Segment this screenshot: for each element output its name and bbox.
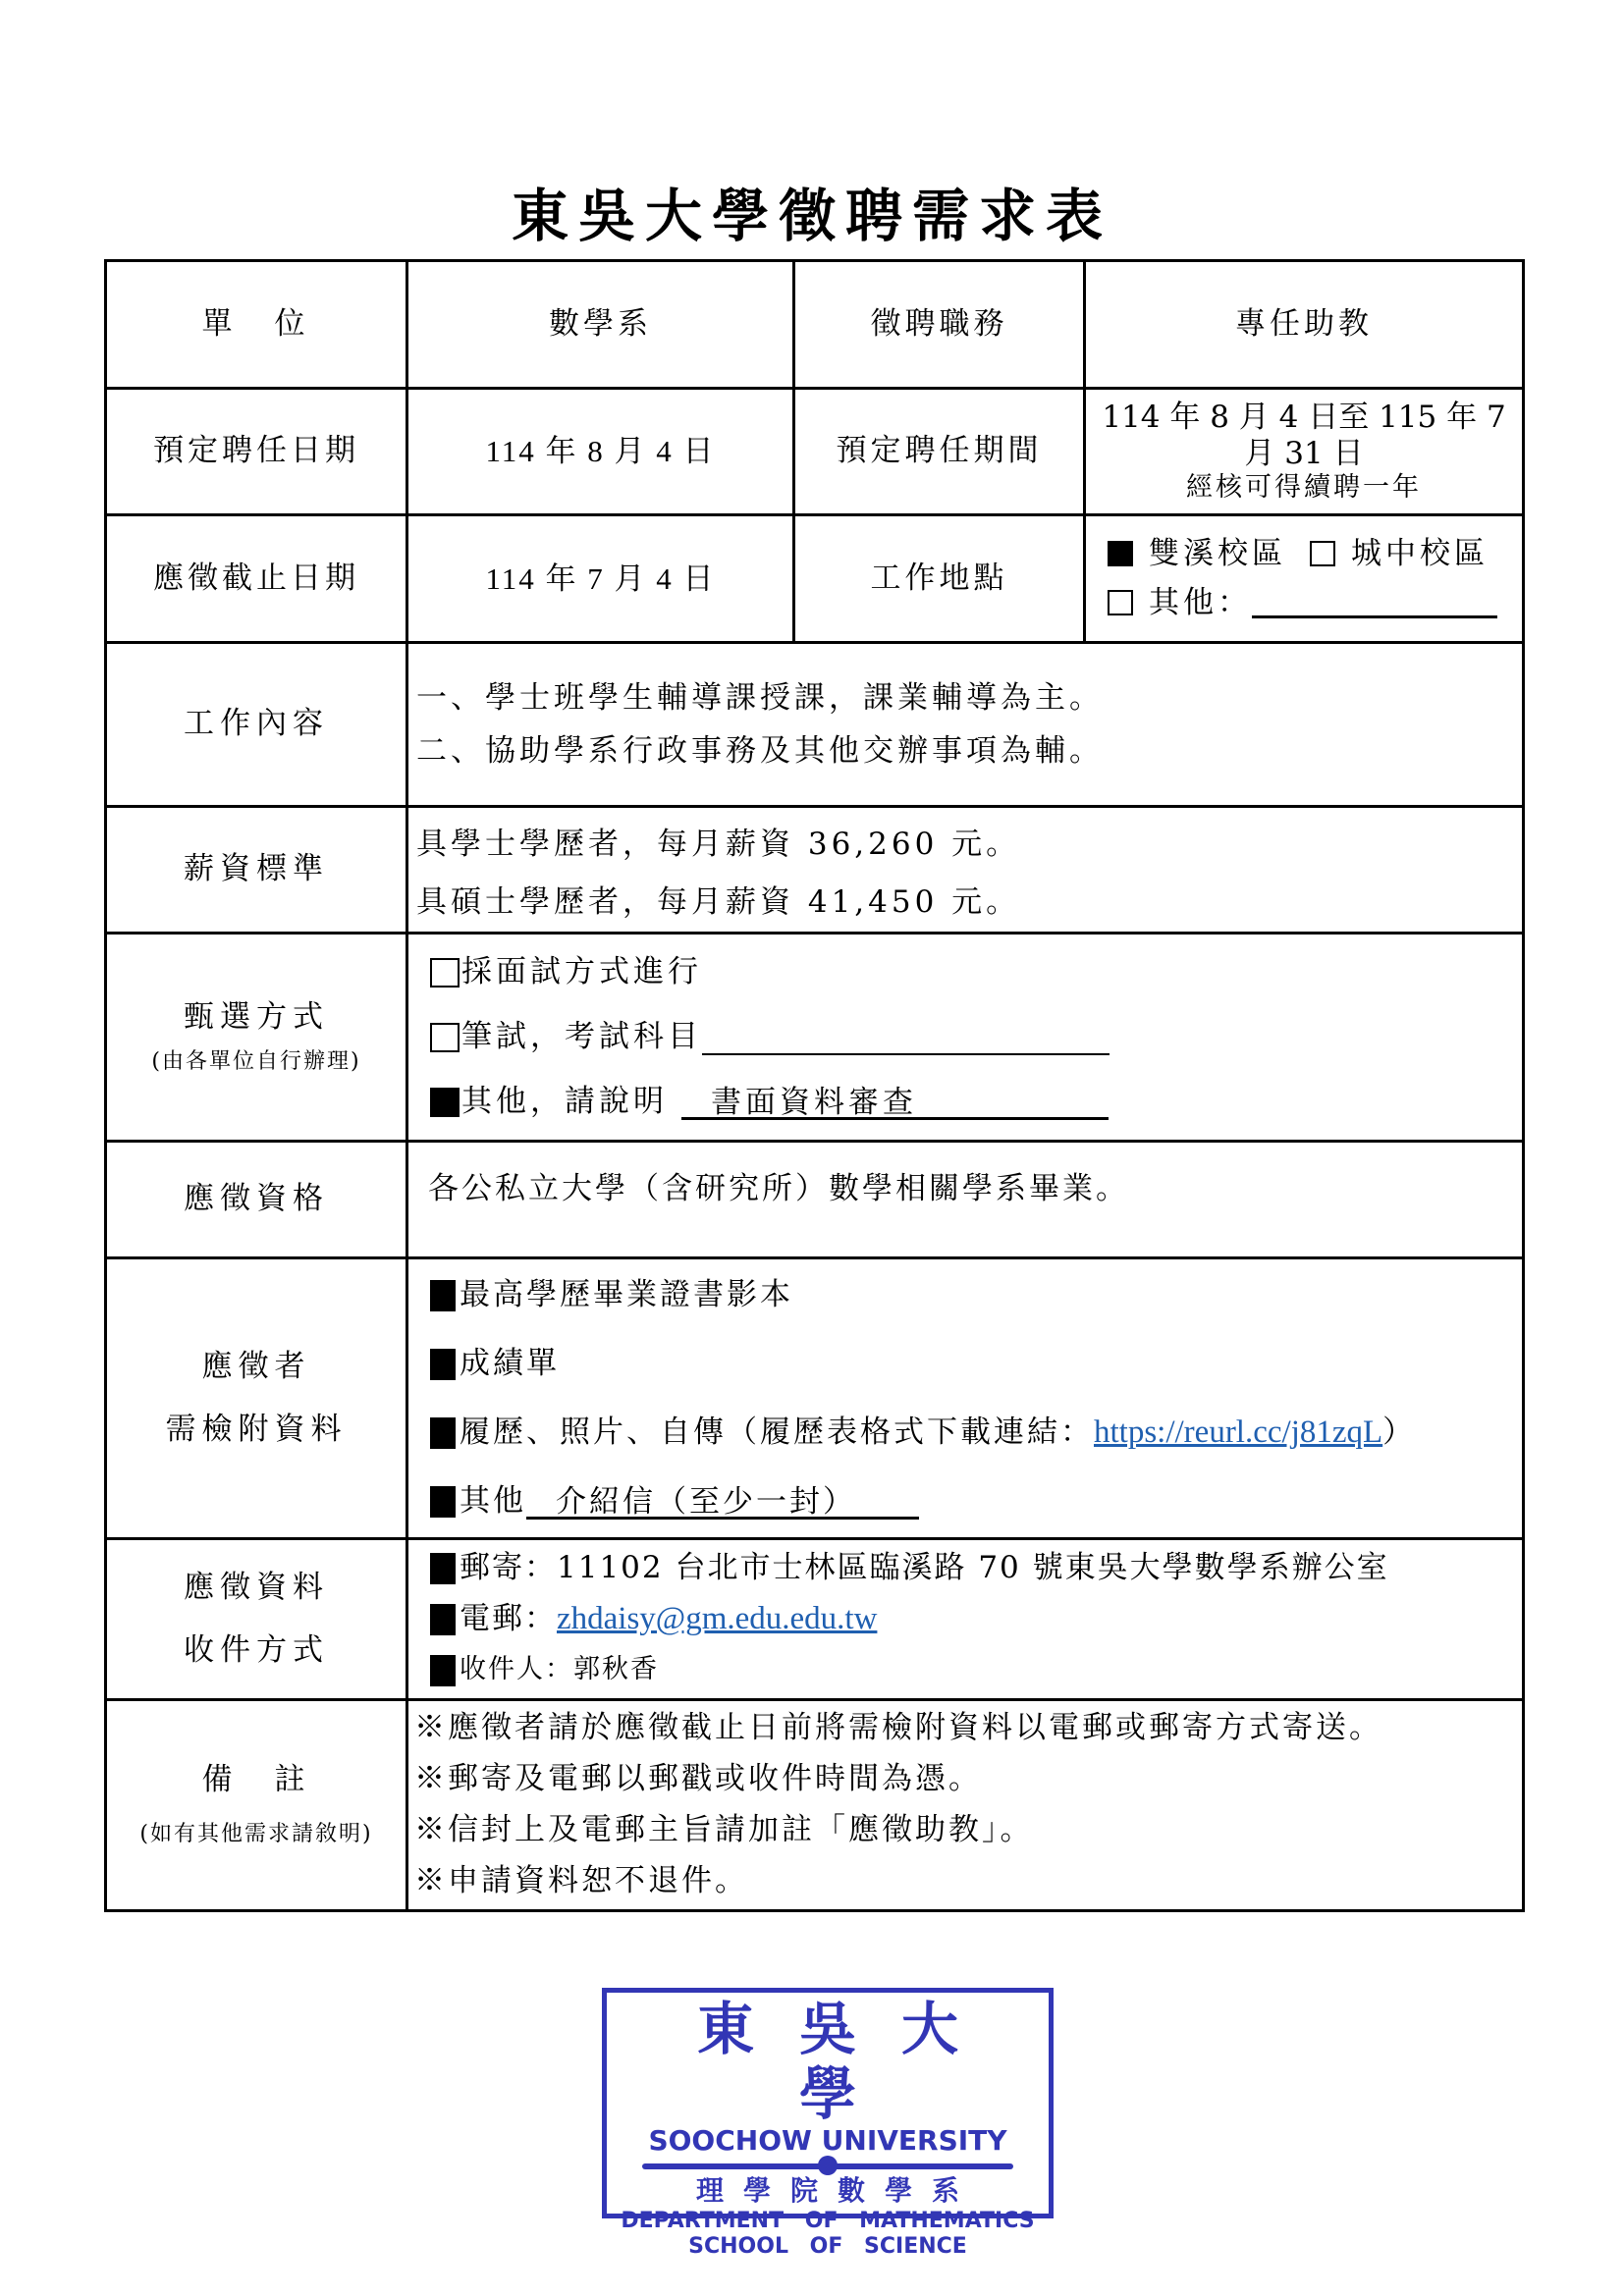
salary-line: 具學士學歷者，每月薪資 36,260 元。 <box>416 816 1522 874</box>
row-deadline: 應徵截止日期 114 年 7 月 4 日 工作地點 雙溪校區城中校區 其他： <box>106 515 1524 643</box>
checked-square-icon <box>430 1349 456 1380</box>
row-submission: 應徵資料 收件方式 郵寄：11102 台北市士林區臨溪路 70 號東吳大學數學系… <box>106 1539 1524 1700</box>
email-label: 電郵： <box>460 1601 557 1637</box>
checked-square-icon <box>430 1417 456 1449</box>
notes-label-cell: 備 註 (如有其他需求請敘明) <box>106 1700 407 1911</box>
mail-address: 郵寄：11102 台北市士林區臨溪路 70 號東吳大學數學系辦公室 <box>460 1550 1389 1586</box>
document-item-text: 成績單 <box>460 1346 560 1382</box>
checked-square-icon <box>430 1604 456 1635</box>
document-item: 履歷、照片、自傳（履歷表格式下載連結：https://reurl.cc/j81z… <box>430 1399 1522 1468</box>
stamp-cn-title: 東吳大學 <box>652 1997 1049 2126</box>
documents-content: 最高學歷畢業證書影本 成績單 履歷、照片、自傳（履歷表格式下載連結：https:… <box>407 1258 1524 1539</box>
qualification-label: 應徵資格 <box>106 1142 407 1258</box>
checkbox-other-location[interactable] <box>1108 590 1133 615</box>
recipient-line: 收件人：郭秋香 <box>430 1645 1522 1696</box>
document-item-suffix: ） <box>1382 1415 1416 1451</box>
checkbox-shuangxi-campus[interactable] <box>1108 541 1133 566</box>
notes-label: 備 註 <box>202 1762 311 1797</box>
selection-option-other: 其他，請說明 書面資料審查 <box>430 1070 1522 1135</box>
notes-sublabel: (如有其他需求請敘明) <box>107 1822 406 1847</box>
unit-value: 數學系 <box>407 261 794 389</box>
selection-label: 甄選方式 <box>184 999 329 1035</box>
period-line-1: 114 年 8 月 4 日至 115 年 7 月 31 日 <box>1086 400 1522 472</box>
recruitment-form-table: 單 位 數學系 徵聘職務 專任助教 預定聘任日期 114 年 8 月 4 日 預… <box>104 259 1525 1912</box>
submission-label-2: 收件方式 <box>107 1632 406 1669</box>
stamp-ornament-divider <box>642 2163 1013 2169</box>
document-item-text: 最高學歷畢業證書影本 <box>460 1277 793 1313</box>
email-link[interactable]: zhdaisy@gm.edu.edu.tw <box>557 1600 877 1639</box>
submission-label-cell: 應徵資料 收件方式 <box>106 1539 407 1700</box>
start-date-value: 114 年 8 月 4 日 <box>407 389 794 515</box>
row-start-date: 預定聘任日期 114 年 8 月 4 日 預定聘任期間 114 年 8 月 4 … <box>106 389 1524 515</box>
checkbox-interview[interactable] <box>430 958 460 988</box>
resume-template-link[interactable]: https://reurl.cc/j81zqL <box>1094 1414 1382 1453</box>
row-unit: 單 位 數學系 徵聘職務 專任助教 <box>106 261 1524 389</box>
documents-label-cell: 應徵者 需檢附資料 <box>106 1258 407 1539</box>
row-notes: 備 註 (如有其他需求請敘明) ※應徵者請於應徵截止日前將需檢附資料以電郵或郵寄… <box>106 1700 1524 1911</box>
deadline-label: 應徵截止日期 <box>106 515 407 643</box>
position-value: 專任助教 <box>1085 261 1524 389</box>
note-line: ※應徵者請於應徵截止日前將需檢附資料以電郵或郵寄方式寄送。 <box>414 1703 1522 1754</box>
chengzhong-campus-label: 城中校區 <box>1351 536 1489 571</box>
other-selection-text: 書面資料審查 <box>711 1085 917 1120</box>
unit-label: 單 位 <box>106 261 407 389</box>
documents-label-1: 應徵者 <box>107 1349 406 1385</box>
written-exam-label: 筆試，考試科目 <box>461 1019 702 1055</box>
submission-content: 郵寄：11102 台北市士林區臨溪路 70 號東吳大學數學系辦公室 電郵：zhd… <box>407 1539 1524 1700</box>
document-item: 其他介紹信（至少一封） <box>430 1468 1522 1536</box>
documents-label-2: 需檢附資料 <box>107 1412 406 1448</box>
department-seal-stamp: 東吳大學 SOOCHOW UNIVERSITY 理學院數學系 DEPARTMEN… <box>602 1988 1054 2218</box>
other-location-blank[interactable] <box>1252 586 1497 618</box>
location-label: 工作地點 <box>794 515 1085 643</box>
start-date-label: 預定聘任日期 <box>106 389 407 515</box>
selection-label-cell: 甄選方式 (由各單位自行辦理) <box>106 934 407 1142</box>
written-exam-subject-blank[interactable] <box>702 1020 1110 1055</box>
page-title: 東吳大學徵聘需求表 <box>0 177 1624 255</box>
salary-content: 具學士學歷者，每月薪資 36,260 元。 具碩士學歷者，每月薪資 41,450… <box>407 807 1524 934</box>
qualification-value: 各公私立大學（含研究所）數學相關學系畢業。 <box>407 1142 1524 1258</box>
location-line-2: 其他： <box>1108 579 1522 628</box>
notes-content: ※應徵者請於應徵截止日前將需檢附資料以電郵或郵寄方式寄送。 ※郵寄及電郵以郵戳或… <box>407 1700 1524 1911</box>
selection-sublabel: (由各單位自行辦理) <box>107 1049 406 1075</box>
stamp-cn-dept: 理學院數學系 <box>626 2173 1049 2209</box>
duty-line: 二、協助學系行政事務及其他交辦事項為輔。 <box>416 724 1522 777</box>
other-location-label: 其他： <box>1149 585 1252 620</box>
checked-square-icon <box>430 1553 456 1584</box>
row-documents: 應徵者 需檢附資料 最高學歷畢業證書影本 成績單 履歷、照片、自傳（履歷表格式下… <box>106 1258 1524 1539</box>
checkbox-other-selection[interactable] <box>430 1088 460 1117</box>
row-selection: 甄選方式 (由各單位自行辦理) 採面試方式進行 筆試，考試科目 其他，請說明 書… <box>106 934 1524 1142</box>
salary-label: 薪資標準 <box>106 807 407 934</box>
document-item: 最高學歷畢業證書影本 <box>430 1261 1522 1330</box>
deadline-value: 114 年 7 月 4 日 <box>407 515 794 643</box>
document-item: 成績單 <box>430 1330 1522 1399</box>
shuangxi-campus-label: 雙溪校區 <box>1149 536 1286 571</box>
duties-label: 工作內容 <box>106 643 407 807</box>
document-item-text: 履歷、照片、自傳（履歷表格式下載連結： <box>460 1415 1094 1451</box>
duties-content: 一、學士班學生輔導課授課，課業輔導為主。 二、協助學系行政事務及其他交辦事項為輔… <box>407 643 1524 807</box>
checkbox-written-exam[interactable] <box>430 1023 460 1052</box>
submission-label-1: 應徵資料 <box>107 1570 406 1606</box>
stamp-en-title: SOOCHOW UNIVERSITY <box>607 2126 1049 2156</box>
checkbox-chengzhong-campus[interactable] <box>1310 541 1335 566</box>
salary-line: 具碩士學歷者，每月薪資 41,450 元。 <box>416 874 1522 932</box>
duty-line: 一、學士班學生輔導課授課，課業輔導為主。 <box>416 671 1522 724</box>
other-document-value: 介紹信（至少一封） <box>526 1484 919 1520</box>
checked-square-icon <box>430 1280 456 1311</box>
period-line-2: 經核可得續聘一年 <box>1086 472 1522 504</box>
mail-line: 郵寄：11102 台北市士林區臨溪路 70 號東吳大學數學系辦公室 <box>430 1543 1522 1594</box>
selection-content: 採面試方式進行 筆試，考試科目 其他，請說明 書面資料審查 <box>407 934 1524 1142</box>
selection-option-interview: 採面試方式進行 <box>430 940 1522 1005</box>
position-label: 徵聘職務 <box>794 261 1085 389</box>
stamp-en-dept: DEPARTMENT OF MATHEMATICS <box>607 2209 1049 2234</box>
other-selection-value: 書面資料審查 <box>681 1085 1109 1120</box>
row-salary: 薪資標準 具學士學歷者，每月薪資 36,260 元。 具碩士學歷者，每月薪資 4… <box>106 807 1524 934</box>
note-line: ※郵寄及電郵以郵戳或收件時間為憑。 <box>414 1754 1522 1805</box>
checked-square-icon <box>430 1655 456 1686</box>
location-options: 雙溪校區城中校區 其他： <box>1085 515 1524 643</box>
other-selection-label: 其他，請說明 <box>461 1084 668 1120</box>
selection-option-written: 筆試，考試科目 <box>430 1005 1522 1070</box>
email-line: 電郵：zhdaisy@gm.edu.edu.tw <box>430 1594 1522 1645</box>
recipient-name: 收件人：郭秋香 <box>460 1654 659 1685</box>
row-duties: 工作內容 一、學士班學生輔導課授課，課業輔導為主。 二、協助學系行政事務及其他交… <box>106 643 1524 807</box>
period-value: 114 年 8 月 4 日至 115 年 7 月 31 日 經核可得續聘一年 <box>1085 389 1524 515</box>
note-line: ※申請資料恕不退件。 <box>414 1856 1522 1907</box>
stamp-en-school: SCHOOL OF SCIENCE <box>607 2234 1049 2260</box>
note-line: ※信封上及電郵主旨請加註「應徵助教」。 <box>414 1805 1522 1856</box>
other-document-text: 介紹信（至少一封） <box>556 1484 856 1520</box>
interview-label: 採面試方式進行 <box>461 954 702 990</box>
location-line-1: 雙溪校區城中校區 <box>1108 530 1522 579</box>
checked-square-icon <box>430 1486 456 1518</box>
period-label: 預定聘任期間 <box>794 389 1085 515</box>
document-item-text: 其他 <box>460 1483 526 1520</box>
row-qualification: 應徵資格 各公私立大學（含研究所）數學相關學系畢業。 <box>106 1142 1524 1258</box>
